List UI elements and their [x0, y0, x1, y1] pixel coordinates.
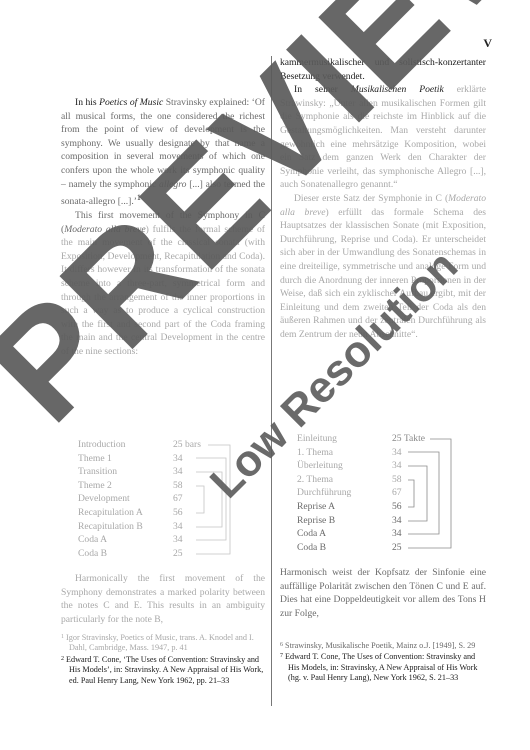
section-label: 2. Thema: [297, 473, 392, 487]
section-label: Theme 2: [78, 479, 173, 493]
section-label: 1. Thema: [297, 446, 392, 460]
text-run: ) fulfils the formal scheme of the main …: [61, 224, 265, 357]
footnote-text: Edward T. Cone, The Uses of Convention: …: [285, 652, 477, 682]
footnote-7: 7 Edward T. Cone, The Uses of Convention…: [280, 651, 486, 683]
footnote-6: 6 Strawinsky, Musikalische Poetik, Mainz…: [280, 640, 486, 651]
symmetry-brackets-left: [180, 438, 240, 563]
footnote-ref: 1: [137, 193, 141, 202]
section-label: Reprise A: [297, 500, 392, 514]
text-run: ) erfüllt das formale Schema des Hauptsa…: [280, 207, 486, 340]
column-divider: [271, 56, 272, 706]
footnote-text: Igor Stravinsky, Poetics of Music, trans…: [66, 633, 254, 652]
section-label: Transition: [78, 465, 173, 479]
book-title: Poetics of Music: [99, 97, 163, 108]
tempo-marking: Moderato alla breve: [64, 224, 145, 235]
section-label: Introduction: [78, 438, 173, 452]
english-paragraph-1: In his Poetics of Music Stravinsky expla…: [61, 96, 265, 209]
text-run-italic: allegro: [159, 179, 186, 190]
section-label: Development: [78, 492, 173, 506]
text-run: Dieser erste Satz der Symphonie in C (: [294, 193, 448, 204]
section-label: Einleitung: [297, 432, 392, 446]
section-label: Coda A: [78, 533, 173, 547]
section-label: Überleitung: [297, 459, 392, 473]
footnote-2: 2 Edward T. Cone, ‘The Uses of Conventio…: [61, 654, 265, 686]
footnote-number: 1: [61, 634, 64, 640]
section-label: Durchführung: [297, 486, 392, 500]
footnote-number: 2: [61, 656, 64, 662]
section-label: Coda B: [297, 541, 392, 555]
footnote-1: 1 Igor Stravinsky, Poetics of Music, tra…: [61, 632, 265, 654]
footnote-text: Strawinsky, Musikalische Poetik, Mainz o…: [285, 641, 475, 650]
german-paragraph-0: kammermusikalischer und solistisch-konze…: [280, 56, 486, 83]
section-label: Coda A: [297, 527, 392, 541]
english-footnotes: 1 Igor Stravinsky, Poetics of Music, tra…: [61, 632, 265, 686]
english-intro-column: In his Poetics of Music Stravinsky expla…: [61, 96, 265, 358]
footnote-text: Edward T. Cone, ‘The Uses of Convention:…: [66, 655, 263, 685]
german-intro-column: kammermusikalischer und solistisch-konze…: [280, 56, 486, 341]
german-harmony-paragraph: Harmonisch weist der Kopfsatz der Sinfon…: [280, 566, 486, 620]
german-paragraph-1: In seiner Musikalischen Poetik erklärte …: [280, 83, 486, 192]
german-paragraph-3: Harmonisch weist der Kopfsatz der Sinfon…: [280, 566, 486, 620]
text-run: Stravinsky explained: ‘Of all musical fo…: [61, 97, 265, 190]
section-label: Reprise B: [297, 514, 392, 528]
section-label: Theme 1: [78, 452, 173, 466]
english-harmony-paragraph: Harmonically the first movement of the S…: [61, 572, 265, 626]
page-number: V: [483, 36, 492, 51]
german-footnotes: 6 Strawinsky, Musikalische Poetik, Mainz…: [280, 640, 486, 684]
text-run: In his: [75, 97, 99, 108]
book-title: Musikalischen Poetik: [351, 84, 444, 95]
footnote-number: 6: [280, 642, 283, 648]
score-preface-page: V In his Poetics of Music Stravinsky exp…: [0, 0, 530, 750]
english-paragraph-2: This first movement of the Symphony in C…: [61, 209, 265, 359]
section-label: Coda B: [78, 547, 173, 561]
symmetry-brackets-right: [400, 432, 460, 557]
text-run: In seiner: [294, 84, 351, 95]
footnote-number: 7: [280, 653, 283, 659]
german-paragraph-2: Dieser erste Satz der Symphonie in C (Mo…: [280, 192, 486, 342]
english-paragraph-3: Harmonically the first movement of the S…: [61, 572, 265, 626]
section-label: Recapitulation B: [78, 520, 173, 534]
section-label: Recapitulation A: [78, 506, 173, 520]
text-run: erklärte Strawinsky: „Unter allen musika…: [280, 84, 486, 190]
